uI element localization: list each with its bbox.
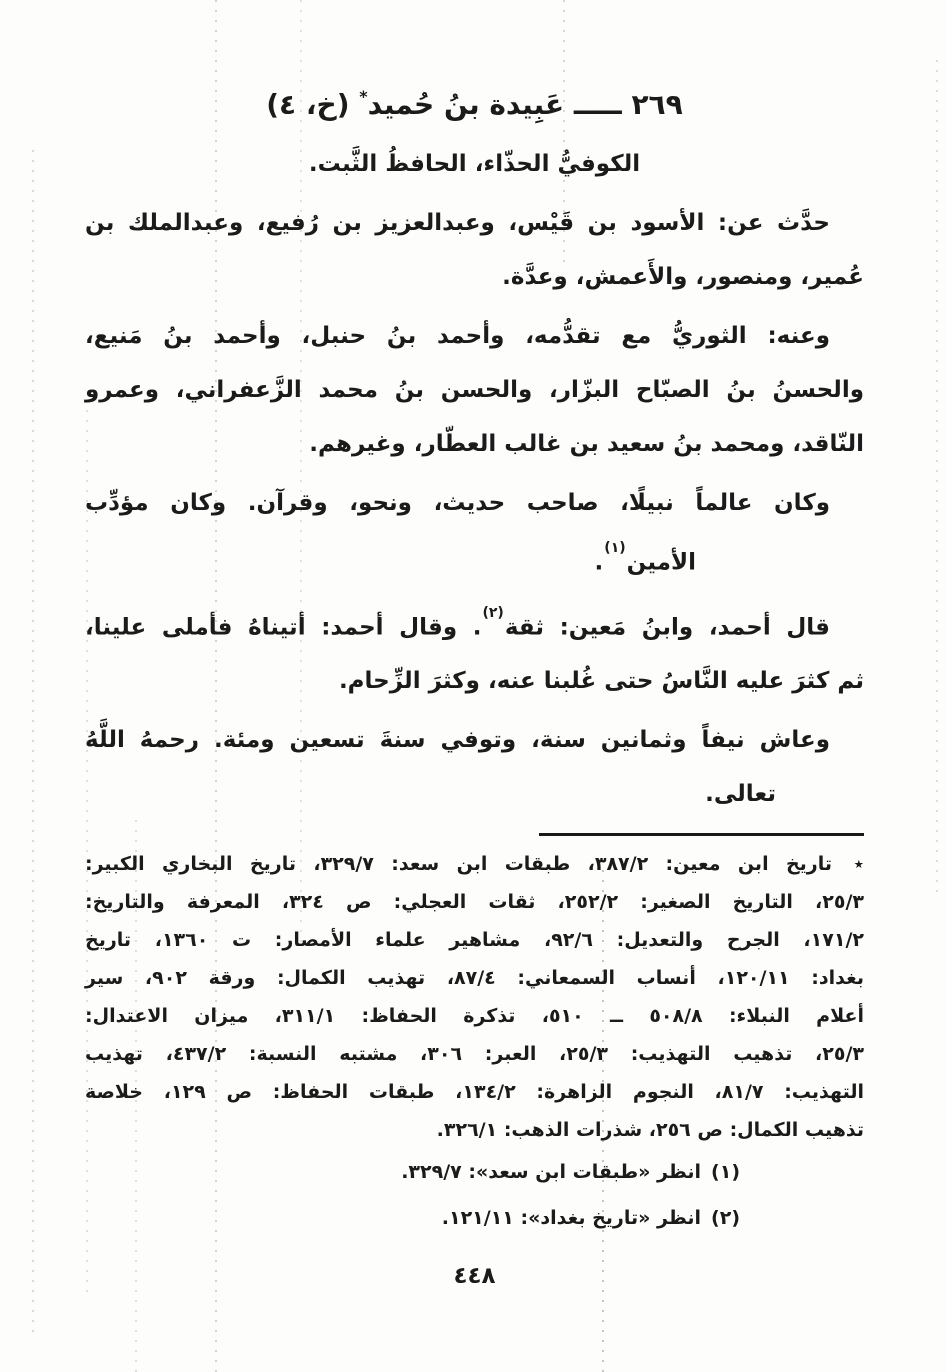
entry-number-and-name: ٢٦٩ ـــــ عَبِيدة بنُ حُميد xyxy=(368,88,683,121)
footnote-item-1: (١)انظر «طبقات ابن سعد»: ٣٢٩/٧. xyxy=(85,1149,740,1195)
footnote-ref-1: (١) xyxy=(604,540,625,556)
scanned-book-page: ٢٦٩ ـــــ عَبِيدة بنُ حُميد* (خ، ٤) الكو… xyxy=(0,0,947,1372)
paragraph-line: النّاقد، ومحمد بنُ سعيد بن غالب العطّار،… xyxy=(85,417,864,471)
footnote-text: انظر «طبقات ابن سعد»: ٣٢٩/٧. xyxy=(401,1161,701,1183)
paragraph-narrators-from-him: وعنه: الثوريُّ مع تقدُّمه، وأحمد بنُ حنب… xyxy=(85,309,864,471)
scan-noise-line xyxy=(936,60,938,900)
word-al-amin: الأمين xyxy=(627,550,696,576)
footnote-ref-2: (٢) xyxy=(482,605,503,621)
footnote-text: انظر «تاريخ بغداد»: ١٢١/١١. xyxy=(442,1207,701,1229)
paragraph-line: حدَّث عن: الأسود بن قَيْس، وعبدالعزيز بن… xyxy=(85,196,864,250)
footnote-line: ٢٥/٣، تذهيب التهذيب: ٢٥/٣، العبر: ٣٠٦، م… xyxy=(85,1035,864,1073)
paragraph-line: وعاش نيفاً وثمانين سنة، وتوفي سنةَ تسعين… xyxy=(85,713,864,767)
footnote-line: تذهيب الكمال: ص ٢٥٦، شذرات الذهب: ٣٢٦/١. xyxy=(85,1111,864,1149)
footnote-item-2: (٢)انظر «تاريخ بغداد»: ١٢١/١١. xyxy=(85,1195,740,1241)
paragraph-quotes: قال أحمد، وابنُ مَعين: ثقة(٢). وقال أحمد… xyxy=(85,595,864,709)
footnote-line: ١٧١/٢، الجرح والتعديل: ٩٢/٦، مشاهير علما… xyxy=(85,921,864,959)
footnote-line: ٭ تاريخ ابن معين: ٣٨٧/٢، طبقات ابن سعد: … xyxy=(85,845,864,883)
paragraph-line: قال أحمد، وابنُ مَعين: ثقة(٢). وقال أحمد… xyxy=(85,595,864,655)
footnote-separator-wrap xyxy=(85,833,864,836)
paragraph-line: ثم كثرَ عليه النَّاسُ حتى غُلبنا عنه، وك… xyxy=(85,654,864,708)
scan-noise-line xyxy=(32,150,34,1340)
paragraph-description: وكان عالماً نبيلًا، صاحب حديث، ونحو، وقر… xyxy=(85,476,864,590)
paragraph-death: وعاش نيفاً وثمانين سنة، وتوفي سنةَ تسعين… xyxy=(85,713,864,821)
paragraph-line: الأمين(١). xyxy=(85,530,696,590)
paragraph-narrated-from: حدَّث عن: الأسود بن قَيْس، وعبدالعزيز بن… xyxy=(85,196,864,304)
footnote-line: بغداد: ١٢٠/١١، أنساب السمعاني: ٨٧/٤، تهذ… xyxy=(85,959,864,997)
page-content: ٢٦٩ ـــــ عَبِيدة بنُ حُميد* (خ، ٤) الكو… xyxy=(85,0,864,1289)
paragraph-line: وكان عالماً نبيلًا، صاحب حديث، ونحو، وقر… xyxy=(85,476,864,530)
paragraph-line: عُمير، ومنصور، والأَعمش، وعدَّة. xyxy=(85,250,864,304)
footnote-line-text: تاريخ ابن معين: ٣٨٧/٢، طبقات ابن سعد: ٣٢… xyxy=(85,853,832,875)
entry-subtitle: الكوفيُّ الحذّاء، الحافظُ الثَّبت. xyxy=(85,137,864,191)
paragraph-line: والحسنُ بنُ الصبّاح البزّار، والحسن بنُ … xyxy=(85,363,864,417)
footnote-separator-rule xyxy=(539,833,864,836)
entry-star-marker: * xyxy=(359,87,367,106)
footnote-star-marker: ٭ xyxy=(854,845,864,883)
footnote-number: (٢) xyxy=(711,1207,740,1229)
footnote-line: أعلام النبلاء: ٥٠٨/٨ ــ ٥١٠، تذكرة الحفا… xyxy=(85,997,864,1035)
entry-heading: ٢٦٩ ـــــ عَبِيدة بنُ حُميد* (خ، ٤) xyxy=(85,88,864,121)
quote-thiqa: قال أحمد، وابنُ مَعين: ثقة xyxy=(505,614,830,640)
page-number: ٤٤٨ xyxy=(85,1263,864,1289)
footnote-sources-block: ٭ تاريخ ابن معين: ٣٨٧/٢، طبقات ابن سعد: … xyxy=(85,845,864,1149)
entry-rumuz: (خ، ٤) xyxy=(266,88,349,121)
footnote-line: التهذيب: ٨١/٧، النجوم الزاهرة: ١٣٤/٢، طب… xyxy=(85,1073,864,1111)
paragraph-line: وعنه: الثوريُّ مع تقدُّمه، وأحمد بنُ حنب… xyxy=(85,309,864,363)
quote-continuation: . وقال أحمد: أتيناهُ فأملى علينا، xyxy=(85,614,481,640)
period: . xyxy=(595,550,604,576)
footnotes-numbered: (١)انظر «طبقات ابن سعد»: ٣٢٩/٧. (٢)انظر … xyxy=(85,1149,864,1241)
footnote-line: ٢٥/٣، التاريخ الصغير: ٢٥٢/٢، ثقات العجلي… xyxy=(85,883,864,921)
paragraph-line: تعالى. xyxy=(85,767,776,821)
footnote-number: (١) xyxy=(711,1161,740,1183)
